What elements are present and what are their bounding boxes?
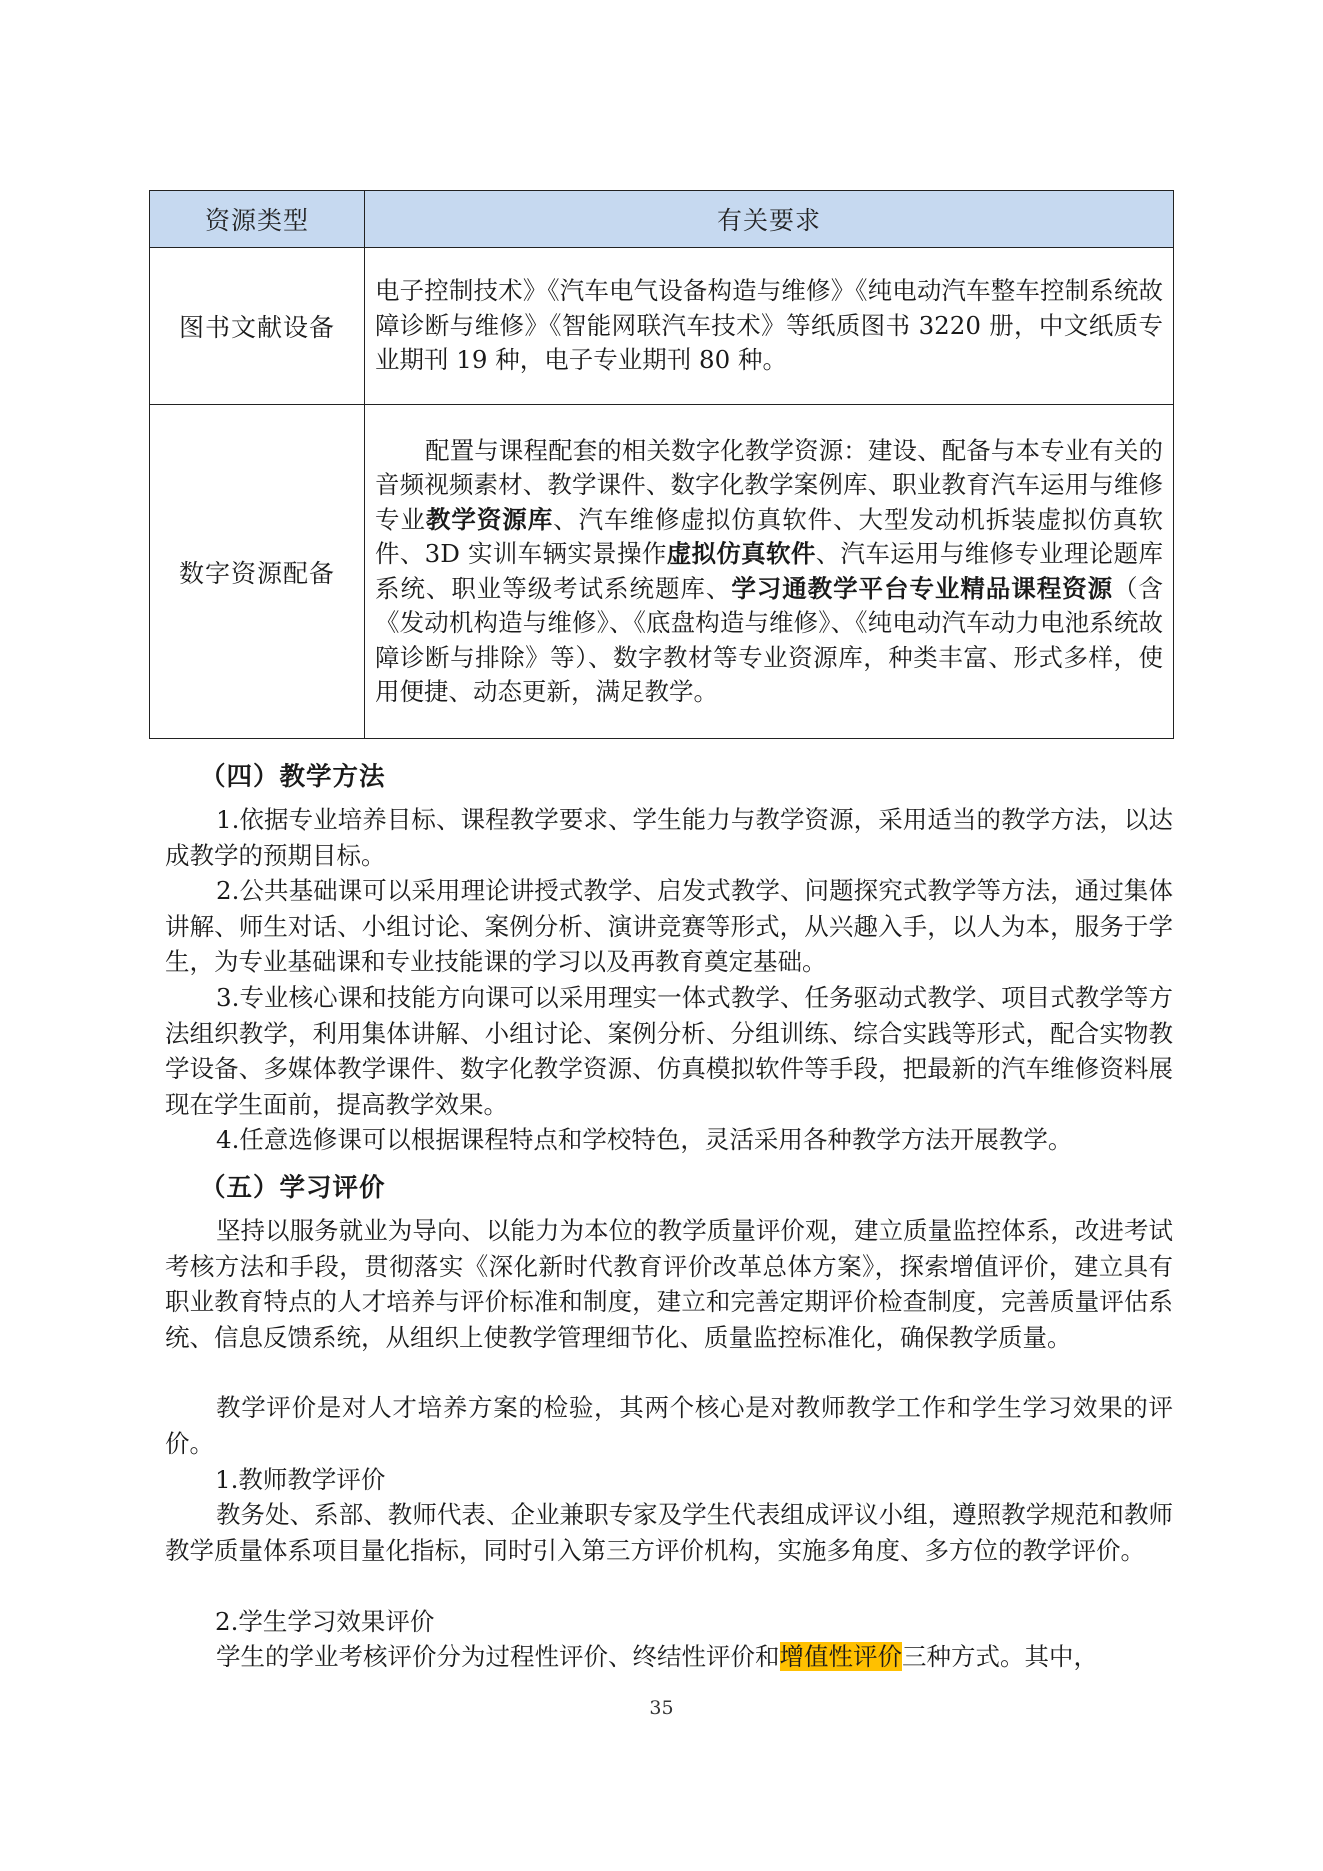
- header-resource-type: 资源类型: [150, 191, 365, 248]
- req-part-bold: 学习通教学平台专业精品课程资源: [731, 574, 1113, 603]
- row-type-digital: 数字资源配备: [150, 405, 365, 739]
- subsection-teacher-evaluation: 1.教师教学评价: [215, 1462, 385, 1497]
- teaching-method-item-1: 1.依据专业培养目标、课程教学要求、学生能力与教学资源，采用适当的教学方法，以达…: [165, 802, 1173, 873]
- evaluation-core: 教学评价是对人才培养方案的检验，其两个核心是对教师教学工作和学生学习效果的评价。: [165, 1390, 1173, 1461]
- req-part-bold: 教学资源库: [426, 505, 553, 534]
- section-title-learning-evaluation: （五）学习评价: [200, 1168, 386, 1204]
- highlighted-term: 增值性评价: [780, 1642, 903, 1671]
- teaching-method-item-4: 4.任意选修课可以根据课程特点和学校特色，灵活采用各种教学方法开展教学。: [165, 1122, 1173, 1158]
- row-requirement-digital: 配置与课程配套的相关数字化教学资源：建设、配备与本专业有关的音频视频素材、教学课…: [365, 405, 1174, 739]
- page-number: 35: [0, 1697, 1323, 1719]
- document-page: 资源类型 有关要求 图书文献设备 电子控制技术》《汽车电气设备构造与维修》《纯电…: [0, 0, 1323, 1871]
- req-part-bold: 虚拟仿真软件: [667, 539, 816, 568]
- header-requirements: 有关要求: [365, 191, 1174, 248]
- resource-table: 资源类型 有关要求 图书文献设备 电子控制技术》《汽车电气设备构造与维修》《纯电…: [149, 190, 1174, 739]
- table-header-row: 资源类型 有关要求: [150, 191, 1174, 248]
- teacher-evaluation-text: 教务处、系部、教师代表、企业兼职专家及学生代表组成评议小组，遵照教学规范和教师教…: [165, 1497, 1173, 1568]
- subsection-student-evaluation: 2.学生学习效果评价: [215, 1604, 434, 1639]
- evaluation-intro: 坚持以服务就业为导向、以能力为本位的教学质量评价观，建立质量监控体系，改进考试考…: [165, 1213, 1173, 1355]
- section-title-teaching-methods: （四）教学方法: [200, 757, 386, 793]
- row-requirement-books: 电子控制技术》《汽车电气设备构造与维修》《纯电动汽车整车控制系统故障诊断与维修》…: [365, 248, 1174, 405]
- teaching-method-item-3: 3.专业核心课和技能方向课可以采用理实一体式教学、任务驱动式教学、项目式教学等方…: [165, 980, 1173, 1122]
- table-row: 数字资源配备 配置与课程配套的相关数字化教学资源：建设、配备与本专业有关的音频视…: [150, 405, 1174, 739]
- teaching-method-item-2: 2.公共基础课可以采用理论讲授式教学、启发式教学、问题探究式教学等方法，通过集体…: [165, 873, 1173, 980]
- table-row: 图书文献设备 电子控制技术》《汽车电气设备构造与维修》《纯电动汽车整车控制系统故…: [150, 248, 1174, 405]
- student-evaluation-text: 学生的学业考核评价分为过程性评价、终结性评价和增值性评价三种方式。其中，: [165, 1639, 1173, 1675]
- row-type-books: 图书文献设备: [150, 248, 365, 405]
